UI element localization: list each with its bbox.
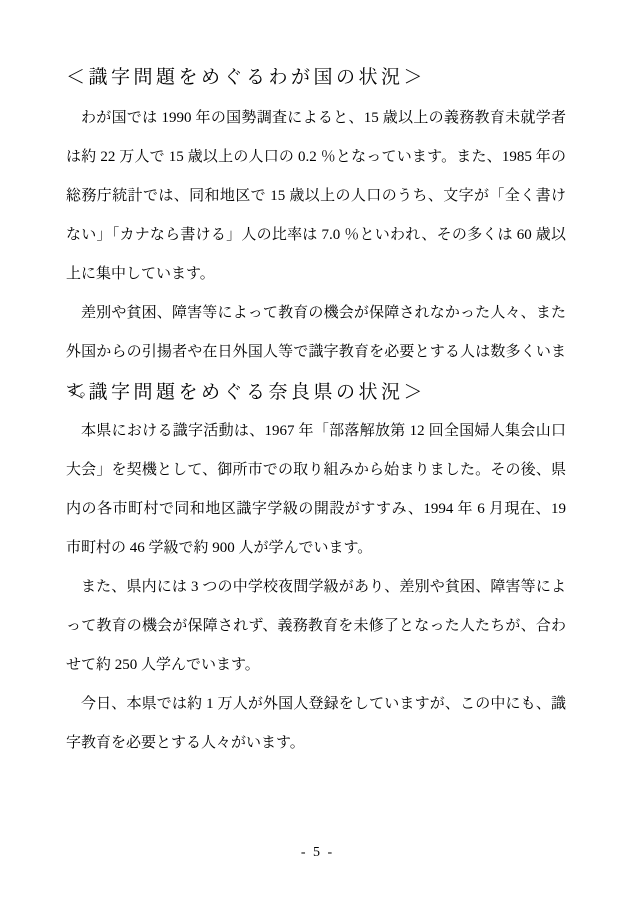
page-number: - 5 - [0, 845, 635, 861]
section-heading-national-situation: ＜識字問題をめぐるわが国の状況＞ [66, 62, 586, 89]
section-heading-nara-situation: ＜識字問題をめぐる奈良県の状況＞ [66, 377, 586, 404]
document-page: ＜識字問題をめぐるわが国の状況＞ わが国では 1990 年の国勢調査によると、1… [0, 0, 635, 898]
paragraph-foreign-residents: 今日、本県では約 1 万人が外国人登録をしていますが、この中にも、識字教育を必要… [66, 685, 566, 763]
paragraph-night-classes: また、県内には 3 つの中学校夜間学級があり、差別や貧困、障害等によって教育の機… [66, 568, 566, 685]
section-body-nara: 本県における識字活動は、1967 年「部落解放第 12 回全国婦人集会山口大会」… [66, 412, 566, 763]
section-body-national: わが国では 1990 年の国勢調査によると、15 歳以上の義務教育未就学者は約 … [66, 99, 566, 411]
paragraph-national-statistics: わが国では 1990 年の国勢調査によると、15 歳以上の義務教育未就学者は約 … [66, 99, 566, 294]
paragraph-nara-literacy-history: 本県における識字活動は、1967 年「部落解放第 12 回全国婦人集会山口大会」… [66, 412, 566, 568]
